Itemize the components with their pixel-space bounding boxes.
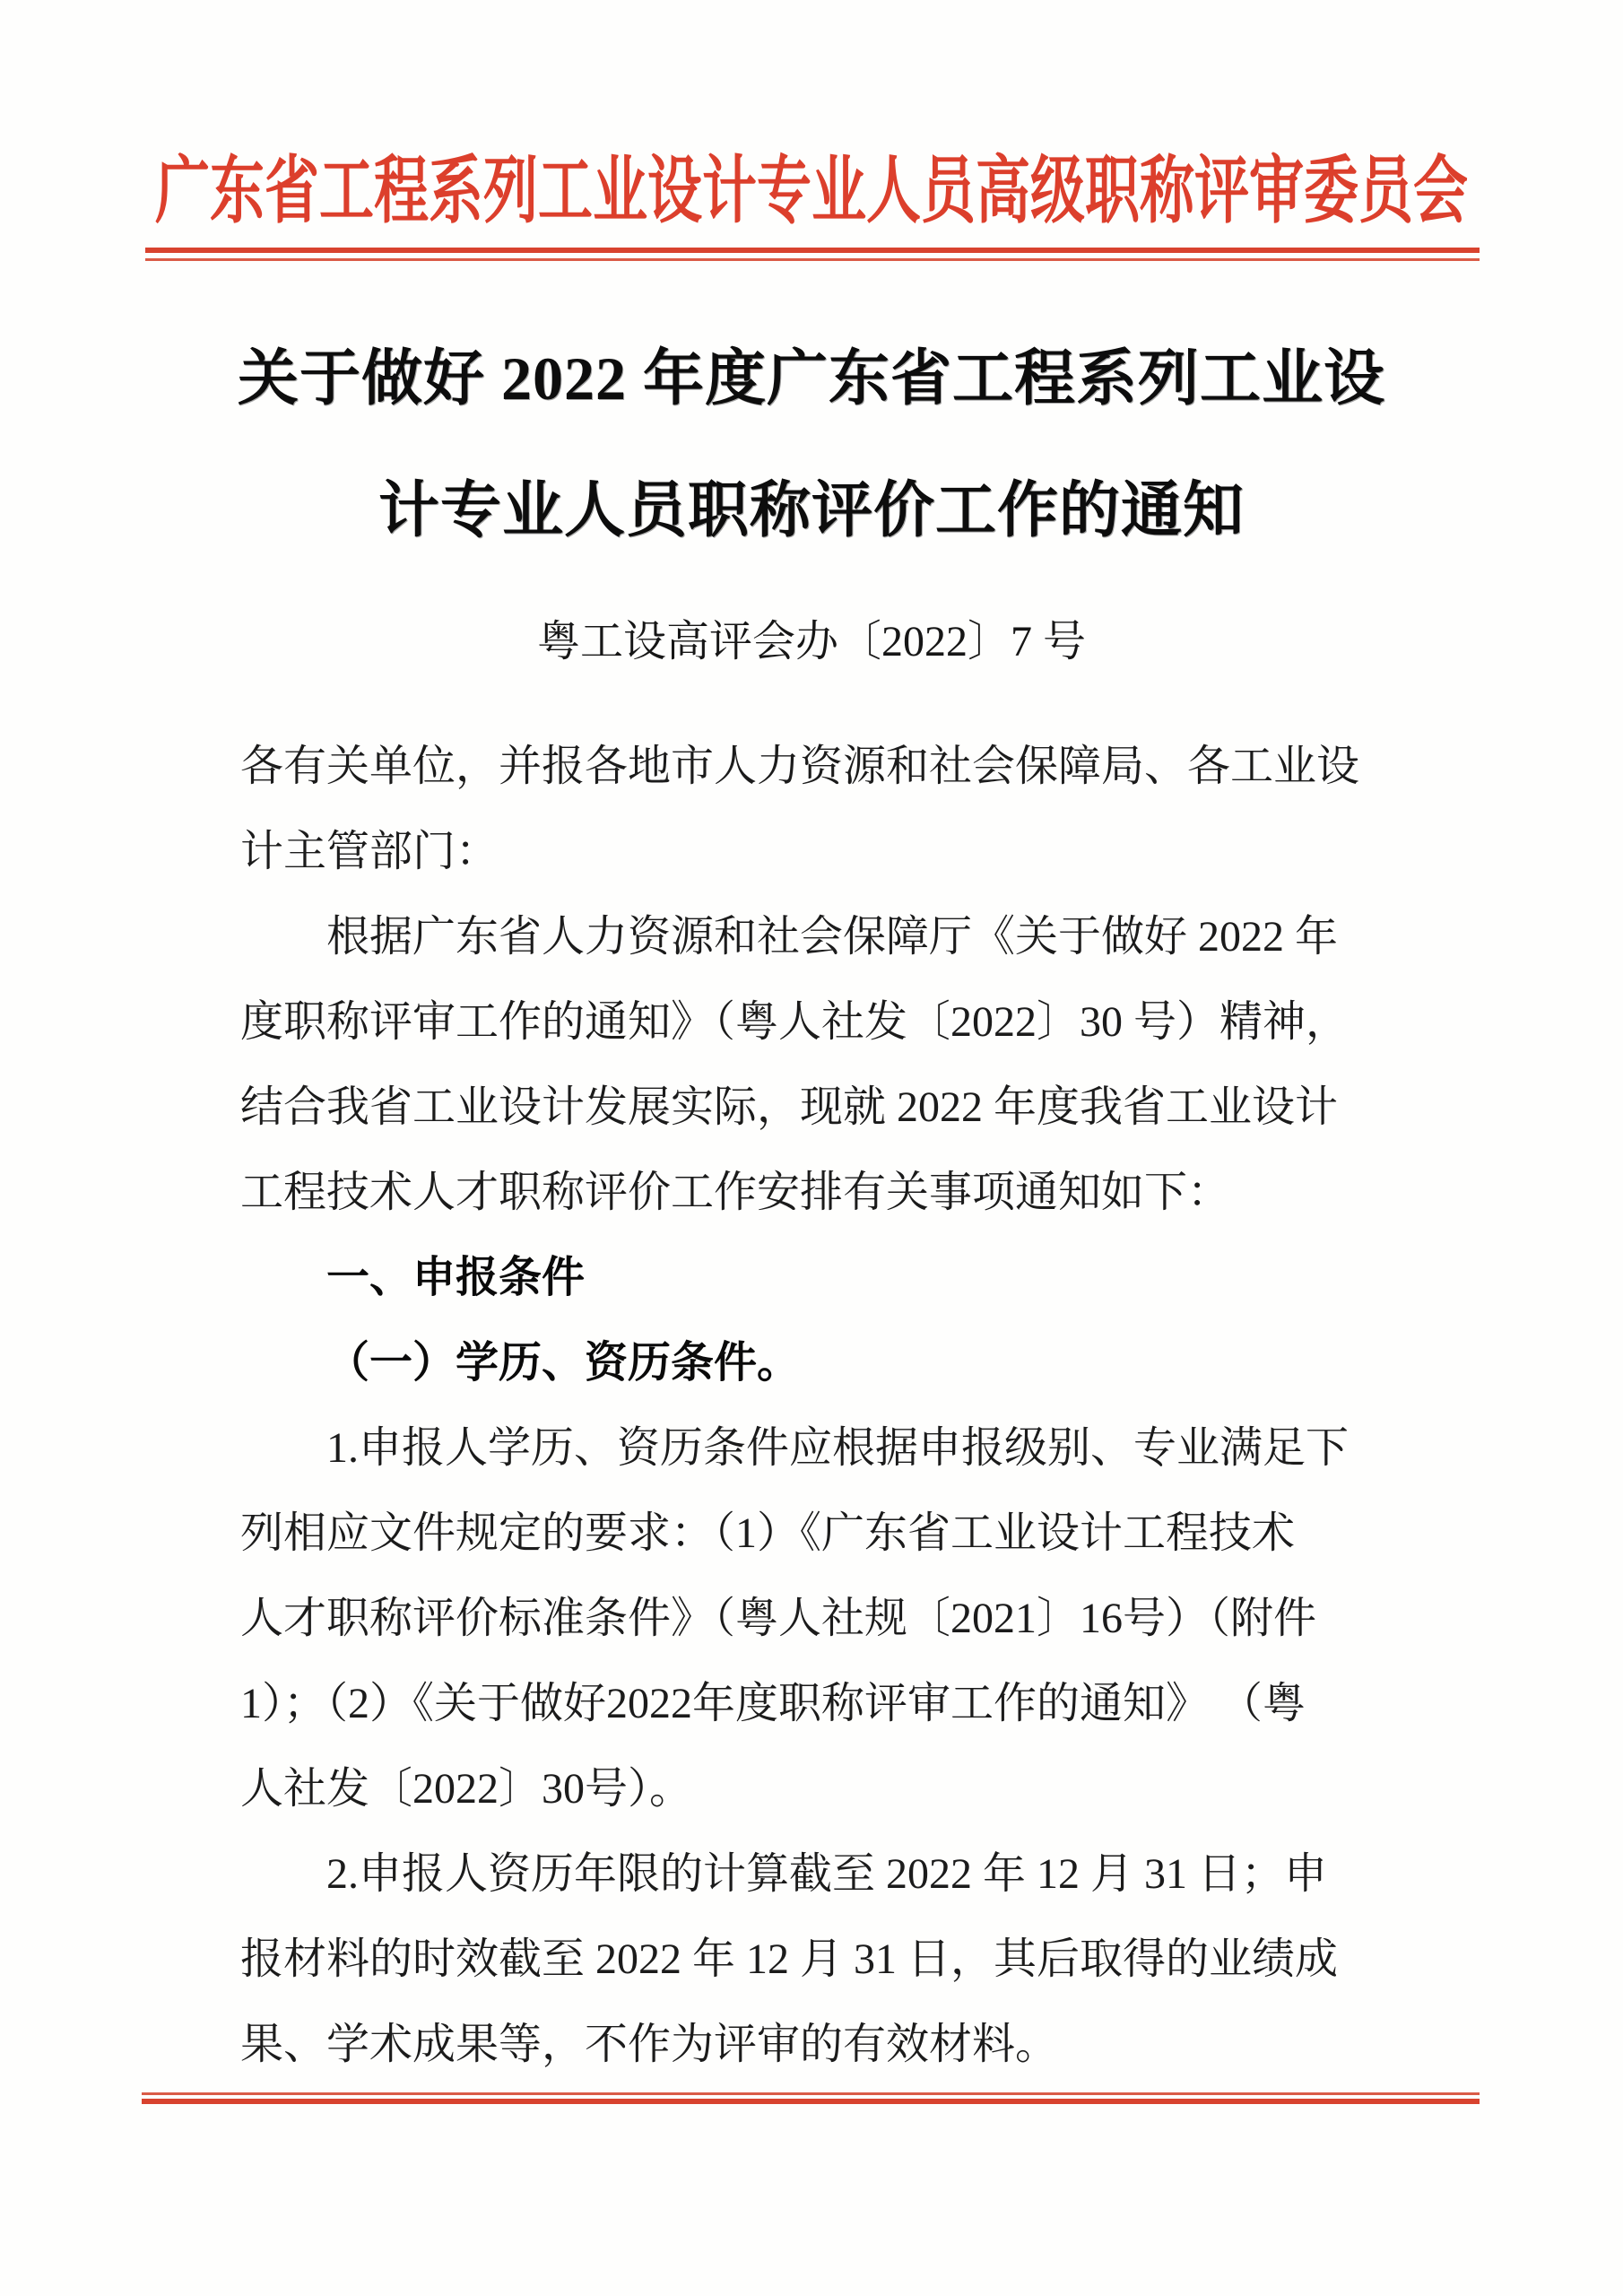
letterhead-divider-thin-line xyxy=(145,258,1480,261)
body-line: 列相应文件规定的要求：（1）《广东省工业设计工程技术 xyxy=(240,1491,1384,1576)
body-line: 人社发〔2022〕30号）。 xyxy=(240,1746,1384,1831)
document-title: 关于做好 2022 年度广东省工程系列工业设 计专业人员职称评价工作的通知 xyxy=(0,313,1623,577)
footer-divider xyxy=(142,2092,1480,2104)
body-line: 各有关单位，并报各地市人力资源和社会保障局、各工业设 xyxy=(240,724,1384,809)
document-number: 粤工设高评会办〔2022〕7 号 xyxy=(0,599,1623,684)
body-line: 人才职称评价标准条件》（粤人社规〔2021〕16号）（附件 xyxy=(240,1576,1384,1661)
body-line: 工程技术人才职称评价工作安排有关事项通知如下： xyxy=(240,1150,1384,1235)
document-body: 各有关单位，并报各地市人力资源和社会保障局、各工业设计主管部门：根据广东省人力资… xyxy=(240,724,1384,2087)
letterhead-org-name: 广东省工程系列工业设计专业人员高级职称评审委员会 xyxy=(0,133,1623,238)
body-line: 2.申报人资历年限的计算截至 2022 年 12 月 31 日；申 xyxy=(240,1831,1384,1917)
body-line: 计主管部门： xyxy=(240,809,1384,894)
letterhead-divider xyxy=(145,248,1480,261)
body-line: 1）；（2）《关于做好2022年度职称评审工作的通知》 （粤 xyxy=(240,1661,1384,1746)
body-line: 果、学术成果等，不作为评审的有效材料。 xyxy=(240,2002,1384,2087)
document-page: 广东省工程系列工业设计专业人员高级职称评审委员会 关于做好 2022 年度广东省… xyxy=(0,0,1623,2296)
footer-divider-thick-line xyxy=(142,2099,1480,2104)
body-line: 1.申报人学历、资历条件应根据申报级别、专业满足下 xyxy=(240,1405,1384,1491)
letterhead-divider-thick-line xyxy=(145,248,1480,253)
subsection-heading: （一）学历、资历条件。 xyxy=(240,1320,1384,1405)
document-title-line2: 计专业人员职称评价工作的通知 xyxy=(0,445,1623,577)
body-line: 度职称评审工作的通知》（粤人社发〔2022〕30 号）精神， xyxy=(240,979,1384,1065)
document-title-line1: 关于做好 2022 年度广东省工程系列工业设 xyxy=(0,313,1623,445)
body-line: 根据广东省人力资源和社会保障厅《关于做好 2022 年 xyxy=(240,894,1384,979)
section-heading: 一、申报条件 xyxy=(240,1235,1384,1320)
footer-divider-thin-line xyxy=(142,2092,1480,2095)
body-line: 结合我省工业设计发展实际，现就 2022 年度我省工业设计 xyxy=(240,1065,1384,1150)
body-line: 报材料的时效截至 2022 年 12 月 31 日，其后取得的业绩成 xyxy=(240,1917,1384,2002)
